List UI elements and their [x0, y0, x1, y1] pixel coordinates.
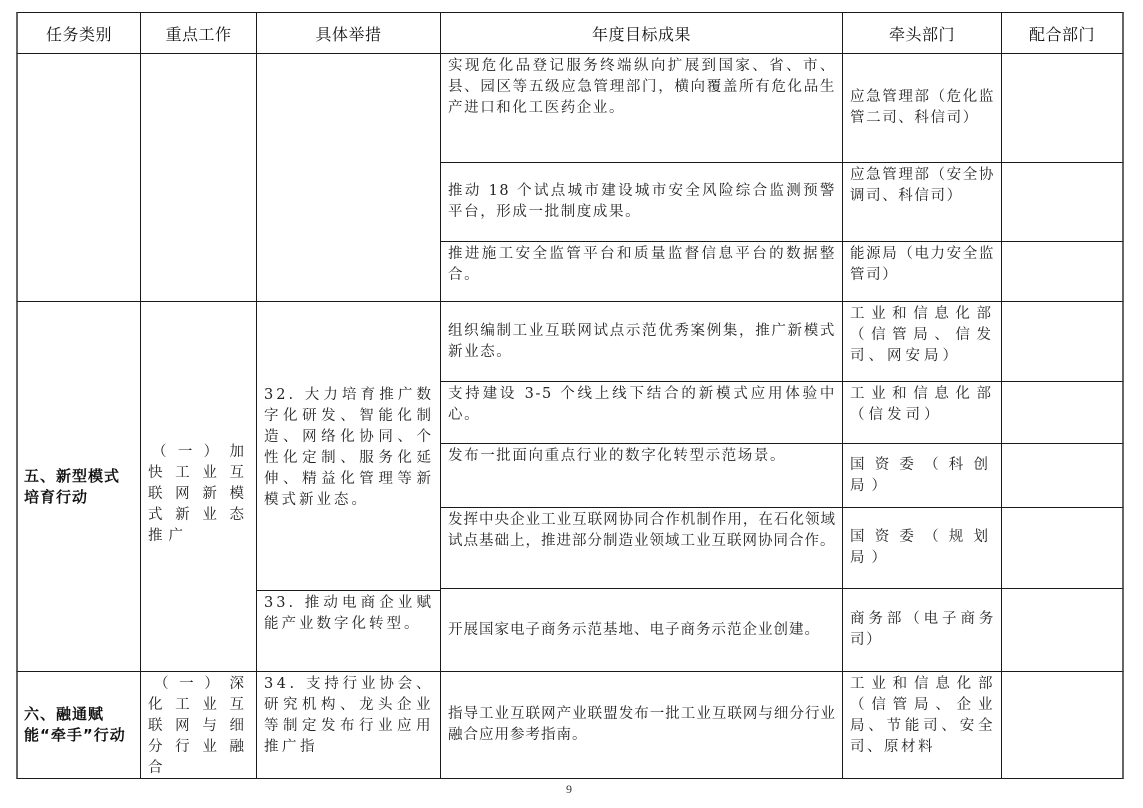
header-task-category: 任务类别: [16, 12, 141, 54]
partner-department-cell: [1001, 381, 1124, 444]
target-result-text: 开展国家电子商务示范基地、电子商务示范企业创建。: [448, 620, 836, 641]
partner-department-cell: [1001, 588, 1124, 672]
target-result-cell: 支持建设 3-5 个线上线下结合的新模式应用体验中心。: [440, 381, 843, 444]
header-specific-measures: 具体举措: [256, 12, 441, 54]
lead-department-text: 应急管理部（危化监管二司、科信司）: [850, 87, 995, 129]
partner-department-cell: [1001, 507, 1124, 589]
target-result-cell: 指导工业互联网产业联盟发布一批工业互联网与细分行业融合应用参考指南。: [440, 671, 843, 779]
lead-department-text: 国资委（规划局）: [850, 527, 995, 569]
target-result-text: 组织编制工业互联网试点示范优秀案例集，推广新模式新业态。: [448, 321, 836, 363]
measure-cell: 34. 支持行业协会、研究机构、龙头企业等制定发布行业应用推广指: [256, 671, 441, 779]
lead-department-cell: 工业和信息化部（信管局、信发司、网安局）: [842, 301, 1002, 382]
partner-department-cell: [1001, 671, 1124, 779]
header-key-work: 重点工作: [140, 12, 257, 54]
lead-department-cell: 工业和信息化部（信管局、企业局、节能司、安全司、原材料: [842, 671, 1002, 779]
page-number: 9: [566, 782, 572, 797]
target-result-cell: 开展国家电子商务示范基地、电子商务示范企业创建。: [440, 588, 843, 672]
lead-department-cell: 国资委（科创局）: [842, 443, 1002, 508]
lead-department-cell: 应急管理部（安全协调司、科信司）: [842, 162, 1002, 242]
header-partner-department: 配合部门: [1001, 12, 1124, 54]
lead-department-text: 国资委（科创局）: [850, 455, 995, 497]
partner-department-cell: [1001, 162, 1124, 242]
measure-cell: 33. 推动电商企业赋能产业数字化转型。: [256, 590, 441, 672]
key-work-cell: （一）加快工业互联网新模式新业态推广: [140, 301, 257, 672]
category-label: 五、新型模式培育行动: [24, 466, 134, 508]
measure-text: 32. 大力培育推广数字化研发、智能化制造、网络化协同、个性化定制、服务化延伸、…: [264, 385, 434, 511]
measure-text: 33. 推动电商企业赋能产业数字化转型。: [264, 593, 434, 635]
target-result-cell: 推进施工安全监管平台和质量监督信息平台的数据整合。: [440, 241, 843, 302]
category-label: 六、融通赋能“牵手”行动: [24, 704, 134, 746]
category-cell: 五、新型模式培育行动: [16, 301, 141, 672]
header-annual-target: 年度目标成果: [440, 12, 843, 54]
target-result-text: 推动 18 个试点城市建设城市安全风险综合监测预警平台，形成一批制度成果。: [448, 181, 836, 223]
lead-department-cell: 国资委（规划局）: [842, 507, 1002, 589]
target-result-cell: 发挥中央企业工业互联网协同合作机制作用，在石化领域试点基础上，推进部分制造业领域…: [440, 507, 843, 589]
partner-department-cell: [1001, 443, 1124, 508]
lead-department-text: 商务部（电子商务司）: [850, 609, 995, 651]
measure-cell-continued: [256, 53, 441, 302]
key-work-cell-continued: [140, 53, 257, 302]
partner-department-cell: [1001, 53, 1124, 163]
key-work-cell: （一）深化工业互联网与细分行业融合: [140, 671, 257, 779]
lead-department-cell: 商务部（电子商务司）: [842, 588, 1002, 672]
lead-department-cell: 应急管理部（危化监管二司、科信司）: [842, 53, 1002, 163]
lead-department-cell: 能源局（电力安全监管司）: [842, 241, 1002, 302]
header-lead-department: 牵头部门: [842, 12, 1002, 54]
measure-cell: 32. 大力培育推广数字化研发、智能化制造、网络化协同、个性化定制、服务化延伸、…: [256, 301, 441, 591]
target-result-cell: 组织编制工业互联网试点示范优秀案例集，推广新模式新业态。: [440, 301, 843, 382]
target-result-cell: 推动 18 个试点城市建设城市安全风险综合监测预警平台，形成一批制度成果。: [440, 162, 843, 242]
target-result-cell: 发布一批面向重点行业的数字化转型示范场景。: [440, 443, 843, 508]
category-cell-continued: [16, 53, 141, 302]
target-result-text: 指导工业互联网产业联盟发布一批工业互联网与细分行业融合应用参考指南。: [448, 704, 836, 746]
key-work-text: （一）加快工业互联网新模式新业态推广: [148, 442, 250, 547]
lead-department-cell: 工业和信息化部（信发司）: [842, 381, 1002, 444]
partner-department-cell: [1001, 241, 1124, 302]
category-cell: 六、融通赋能“牵手”行动: [16, 671, 141, 779]
target-result-cell: 实现危化品登记服务终端纵向扩展到国家、省、市、县、园区等五级应急管理部门，横向覆…: [440, 53, 843, 163]
partner-department-cell: [1001, 301, 1124, 382]
